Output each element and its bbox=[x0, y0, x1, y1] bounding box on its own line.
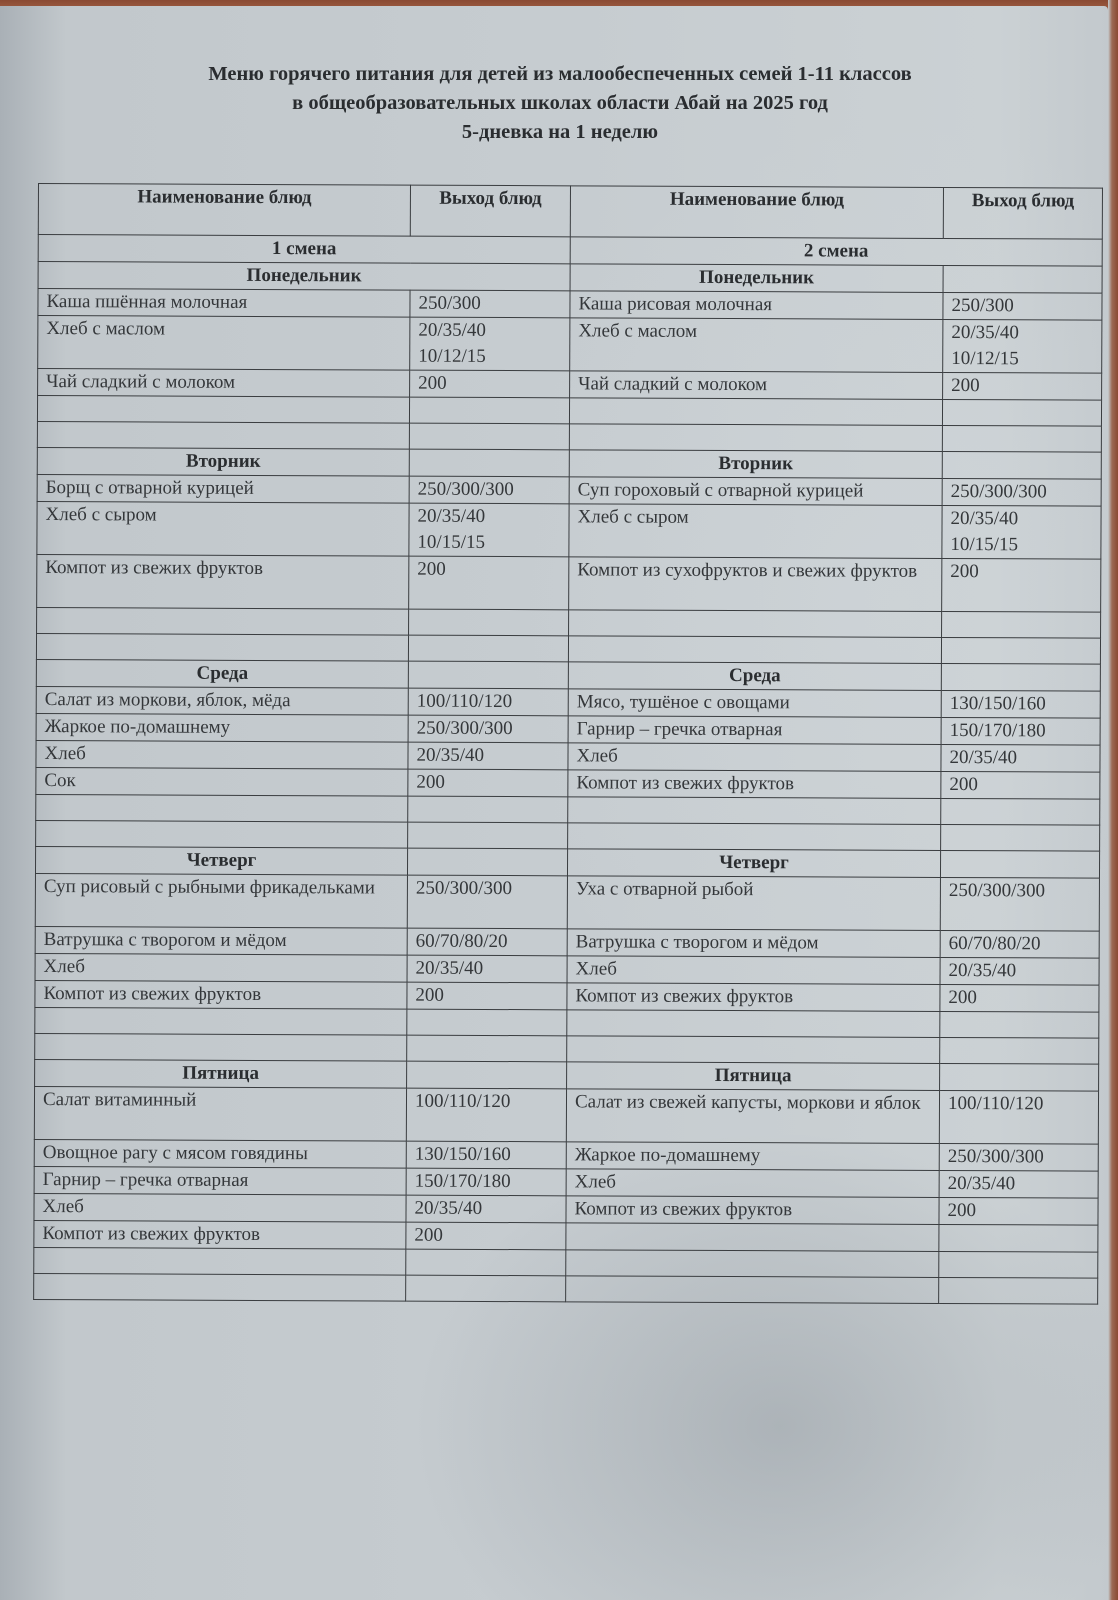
day-name-shift2: Среда bbox=[568, 662, 941, 691]
header-dish-name-shift2: Наименование блюд bbox=[570, 186, 943, 239]
blank-cell bbox=[568, 797, 941, 825]
day-yield-empty-shift2 bbox=[940, 1063, 1099, 1091]
shift-1-label: 1 смена bbox=[38, 235, 570, 264]
dish-yield-shift1: 20/35/40 10/15/15 bbox=[409, 503, 569, 557]
table-row: Хлеб с сыром20/35/40 10/15/15Хлеб с сыро… bbox=[37, 501, 1101, 559]
table-surface-right bbox=[1108, 0, 1118, 1600]
table-row: Ватрушка с творогом и мёдом60/70/80/20Ва… bbox=[35, 926, 1099, 958]
day-name-shift1: Понедельник bbox=[38, 262, 570, 291]
blank-cell bbox=[37, 396, 409, 424]
dish-name-shift2: Уха с отварной рыбой bbox=[567, 876, 940, 931]
dish-yield-shift2: 250/300/300 bbox=[942, 478, 1101, 506]
blank-cell bbox=[36, 794, 408, 822]
blank-cell bbox=[407, 1035, 567, 1062]
dish-name-shift2: Хлеб с маслом bbox=[570, 318, 943, 373]
table-row: Суп рисовый с рыбными фрикадельками250/3… bbox=[35, 873, 1099, 931]
dish-yield-shift1: 100/110/120 bbox=[406, 1088, 566, 1142]
dish-name-shift1: Хлеб bbox=[36, 740, 408, 769]
day-yield-empty-shift1 bbox=[407, 1061, 567, 1089]
title-line-3: 5-дневка на 1 неделю bbox=[60, 118, 1060, 147]
dish-yield-shift2: 20/35/40 10/15/15 bbox=[942, 505, 1101, 559]
day-name-shift2: Пятница bbox=[567, 1062, 940, 1091]
dish-name-shift1: Гарнир – гречка отварная bbox=[34, 1166, 406, 1195]
blank-cell bbox=[408, 822, 568, 849]
blank-cell bbox=[940, 1011, 1099, 1038]
dish-yield-shift2: 150/170/180 bbox=[941, 717, 1100, 745]
table-header-row: Наименование блюд Выход блюд Наименовани… bbox=[38, 184, 1102, 240]
dish-yield-shift2: 200 bbox=[940, 984, 1099, 1012]
blank-cell bbox=[569, 610, 942, 638]
dish-name-shift1: Сок bbox=[36, 767, 408, 796]
table-row: Гарнир – гречка отварная150/170/180Хлеб2… bbox=[34, 1166, 1098, 1198]
header-yield-shift1: Выход блюд bbox=[410, 185, 570, 237]
dish-yield-shift1: 200 bbox=[409, 556, 569, 610]
blank-cell bbox=[34, 1247, 406, 1275]
dish-name-shift2: Каша рисовая молочная bbox=[570, 291, 943, 320]
dish-yield-shift2: 20/35/40 bbox=[939, 1170, 1098, 1198]
day-yield-empty-shift2 bbox=[942, 451, 1101, 479]
title-line-1: Меню горячего питания для детей из малоо… bbox=[60, 60, 1060, 89]
blank-cell bbox=[35, 1033, 407, 1061]
table-row: Компот из свежих фруктов200Компот из све… bbox=[35, 980, 1099, 1012]
day-yield-empty-shift1 bbox=[408, 661, 568, 689]
dish-name-shift1: Компот из свежих фруктов bbox=[37, 554, 409, 609]
table-row: Борщ с отварной курицей250/300/300Суп го… bbox=[37, 474, 1101, 506]
day-name-shift2: Понедельник bbox=[570, 264, 943, 293]
dish-name-shift1: Овощное рагу с мясом говядины bbox=[34, 1139, 406, 1168]
table-row: Компот из свежих фруктов200 bbox=[34, 1220, 1098, 1252]
blank-cell bbox=[939, 1251, 1098, 1278]
dish-yield-shift1: 200 bbox=[407, 982, 567, 1010]
blank-cell bbox=[567, 1010, 940, 1038]
blank-cell bbox=[939, 1277, 1098, 1304]
day-yield-empty-shift1 bbox=[409, 449, 569, 477]
dish-name-shift2: Компот из свежих фруктов bbox=[568, 770, 941, 799]
table-row: Салат из моркови, яблок, мёда100/110/120… bbox=[36, 686, 1100, 718]
day-name-shift1: Пятница bbox=[35, 1059, 407, 1088]
dish-yield-shift2: 200 bbox=[939, 1197, 1098, 1225]
blank-cell bbox=[942, 611, 1101, 638]
dish-yield-shift2: 20/35/40 bbox=[940, 957, 1099, 985]
blank-cell bbox=[406, 1249, 566, 1276]
day-name-shift2: Четверг bbox=[567, 849, 940, 878]
dish-yield-shift2: 20/35/40 10/12/15 bbox=[943, 319, 1102, 373]
blank-cell bbox=[941, 637, 1100, 664]
dish-name-shift1: Хлеб с сыром bbox=[37, 501, 409, 556]
dish-name-shift2: Хлеб bbox=[566, 1169, 939, 1198]
dish-name-shift1: Ватрушка с творогом и мёдом bbox=[35, 926, 407, 955]
dish-yield-shift2: 130/150/160 bbox=[941, 690, 1100, 718]
blank-cell bbox=[37, 421, 409, 449]
dish-yield-shift1: 150/170/180 bbox=[406, 1168, 566, 1196]
dish-yield-shift2: 20/35/40 bbox=[941, 744, 1100, 772]
dish-yield-shift1: 250/300 bbox=[410, 290, 570, 318]
blank-cell bbox=[408, 635, 568, 662]
blank-cell bbox=[36, 820, 408, 848]
document-title: Меню горячего питания для детей из малоо… bbox=[60, 60, 1060, 147]
table-row: Салат витаминный100/110/120Салат из свеж… bbox=[34, 1086, 1098, 1144]
blank-cell bbox=[942, 425, 1101, 452]
dish-yield-shift1: 130/150/160 bbox=[406, 1141, 566, 1169]
table-row: Жаркое по-домашнему250/300/300Гарнир – г… bbox=[36, 713, 1100, 745]
dish-name-shift2: Мясо, тушёное с овощами bbox=[568, 689, 941, 718]
blank-cell bbox=[35, 1007, 407, 1035]
dish-name-shift1: Салат из моркови, яблок, мёда bbox=[36, 686, 408, 715]
table-row: Компот из свежих фруктов200Компот из сух… bbox=[37, 554, 1101, 612]
shift-2-label: 2 смена bbox=[570, 237, 1102, 266]
dish-yield-shift2: 250/300/300 bbox=[939, 1143, 1098, 1171]
blank-cell bbox=[37, 607, 409, 635]
dish-name-shift1: Компот из свежих фруктов bbox=[34, 1220, 406, 1249]
dish-name-shift1: Каша пшённая молочная bbox=[38, 289, 410, 318]
dish-yield-shift1: 250/300/300 bbox=[407, 875, 567, 929]
dish-name-shift2: Гарнир – гречка отварная bbox=[568, 716, 941, 745]
dish-name-shift1: Компот из свежих фруктов bbox=[35, 980, 407, 1009]
table-row: Овощное рагу с мясом говядины130/150/160… bbox=[34, 1139, 1098, 1171]
dish-yield-shift1: 250/300/300 bbox=[408, 715, 568, 743]
day-name-shift1: Вторник bbox=[37, 447, 409, 476]
dish-yield-shift1: 20/35/40 bbox=[406, 1195, 566, 1223]
blank-row bbox=[34, 1273, 1098, 1304]
dish-name-shift1: Суп рисовый с рыбными фрикадельками bbox=[35, 873, 407, 928]
dish-name-shift2: Суп гороховый с отварной курицей bbox=[569, 477, 942, 506]
header-yield-shift2: Выход блюд bbox=[943, 187, 1102, 239]
dish-name-shift2 bbox=[566, 1223, 939, 1252]
dish-yield-shift1: 200 bbox=[410, 370, 570, 398]
dish-yield-shift1: 200 bbox=[406, 1222, 566, 1250]
dish-yield-shift2: 250/300 bbox=[943, 292, 1102, 320]
dish-yield-shift2 bbox=[939, 1224, 1098, 1252]
dish-name-shift2: Хлеб bbox=[568, 743, 941, 772]
dish-yield-shift1: 200 bbox=[408, 769, 568, 797]
day-name-shift1: Среда bbox=[36, 659, 408, 688]
dish-name-shift2: Салат из свежей капусты, моркови и яблок bbox=[566, 1089, 939, 1144]
dish-name-shift2: Хлеб с сыром bbox=[569, 504, 942, 559]
blank-cell bbox=[569, 424, 942, 452]
dish-yield-shift2: 250/300/300 bbox=[940, 877, 1099, 931]
dish-name-shift2: Компот из сухофруктов и свежих фруктов bbox=[569, 557, 942, 612]
table-row: Чай сладкий с молоком200Чай сладкий с мо… bbox=[38, 369, 1102, 401]
dish-name-shift2: Компот из свежих фруктов bbox=[566, 1196, 939, 1225]
dish-name-shift1: Чай сладкий с молоком bbox=[38, 369, 410, 398]
menu-table-body: Наименование блюд Выход блюд Наименовани… bbox=[34, 184, 1103, 1305]
blank-cell bbox=[568, 823, 941, 851]
dish-yield-shift2: 200 bbox=[943, 372, 1102, 400]
day-header-row: ЧетвергЧетверг bbox=[35, 846, 1099, 878]
dish-yield-shift1: 250/300/300 bbox=[409, 476, 569, 504]
blank-cell bbox=[567, 1036, 940, 1064]
dish-yield-shift2: 100/110/120 bbox=[939, 1090, 1098, 1144]
day-yield-empty-shift2 bbox=[941, 663, 1100, 691]
blank-cell bbox=[940, 1037, 1099, 1064]
day-header-row: СредаСреда bbox=[36, 659, 1100, 691]
day-name-shift2: Вторник bbox=[569, 450, 942, 479]
header-dish-name-shift1: Наименование блюд bbox=[38, 184, 410, 237]
table-row: Хлеб с маслом20/35/40 10/12/15Хлеб с мас… bbox=[38, 316, 1102, 374]
blank-cell bbox=[941, 798, 1100, 825]
dish-yield-shift1: 20/35/40 bbox=[407, 955, 567, 983]
day-header-row: ВторникВторник bbox=[37, 447, 1101, 479]
blank-cell bbox=[566, 1276, 939, 1304]
blank-cell bbox=[942, 399, 1101, 426]
day-yield-empty-shift2 bbox=[940, 850, 1099, 878]
dish-name-shift2: Хлеб bbox=[567, 956, 940, 985]
day-header-row: ПятницаПятница bbox=[35, 1059, 1099, 1091]
dish-name-shift1: Хлеб с маслом bbox=[38, 316, 410, 371]
dish-yield-shift1: 60/70/80/20 bbox=[407, 928, 567, 956]
dish-name-shift1: Хлеб bbox=[35, 953, 407, 982]
title-line-2: в общеобразовательных школах области Аба… bbox=[60, 89, 1060, 118]
day-yield-empty-shift2 bbox=[943, 265, 1102, 293]
dish-name-shift2: Компот из свежих фруктов bbox=[567, 983, 940, 1012]
day-yield-empty-shift1 bbox=[407, 848, 567, 876]
table-row: Каша пшённая молочная250/300Каша рисовая… bbox=[38, 289, 1102, 321]
blank-cell bbox=[569, 398, 942, 426]
dish-name-shift1: Жаркое по-домашнему bbox=[36, 713, 408, 742]
dish-name-shift2: Чай сладкий с молоком bbox=[570, 371, 943, 400]
day-name-shift1: Четверг bbox=[35, 846, 407, 875]
blank-cell bbox=[36, 633, 408, 661]
dish-name-shift2: Жаркое по-домашнему bbox=[566, 1142, 939, 1171]
blank-cell bbox=[409, 423, 569, 450]
dish-name-shift1: Хлеб bbox=[34, 1193, 406, 1222]
blank-cell bbox=[409, 397, 569, 424]
dish-name-shift1: Борщ с отварной курицей bbox=[37, 474, 409, 503]
blank-cell bbox=[941, 824, 1100, 851]
blank-cell bbox=[408, 796, 568, 823]
dish-yield-shift2: 200 bbox=[942, 558, 1101, 612]
dish-name-shift1: Салат витаминный bbox=[34, 1086, 406, 1141]
blank-cell bbox=[409, 609, 569, 636]
blank-cell bbox=[407, 1009, 567, 1036]
blank-cell bbox=[34, 1273, 406, 1301]
blank-cell bbox=[568, 636, 941, 664]
dish-yield-shift2: 60/70/80/20 bbox=[940, 930, 1099, 958]
menu-table: Наименование блюд Выход блюд Наименовани… bbox=[33, 183, 1103, 1305]
dish-yield-shift1: 20/35/40 10/12/15 bbox=[410, 317, 570, 371]
blank-cell bbox=[566, 1250, 939, 1278]
dish-yield-shift2: 200 bbox=[941, 771, 1100, 799]
dish-name-shift2: Ватрушка с творогом и мёдом bbox=[567, 929, 940, 958]
blank-cell bbox=[406, 1275, 566, 1302]
dish-yield-shift1: 20/35/40 bbox=[408, 742, 568, 770]
dish-yield-shift1: 100/110/120 bbox=[408, 688, 568, 716]
